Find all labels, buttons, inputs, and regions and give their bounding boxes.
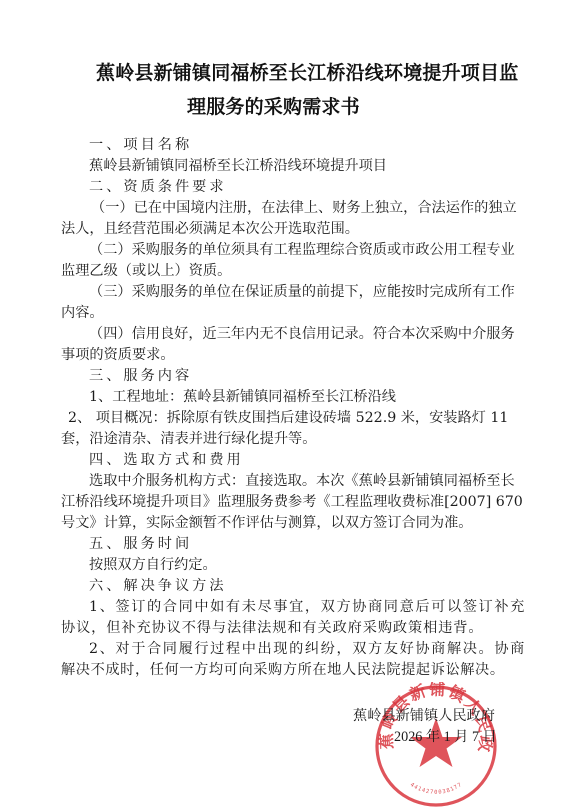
signature-date: 2026 年 1 月 7 日 — [394, 726, 497, 746]
qualification-item-4-line2: 事项的资质要求。 — [61, 346, 175, 364]
document-title-line1: 蕉岭县新铺镇同福桥至长江桥沿线环境提升项目监 — [96, 58, 518, 85]
service-address: 1、工程地址：蕉岭县新铺镇同福桥至长江桥沿线 — [89, 388, 396, 406]
qualification-item-3-line1: （三）采购服务的单位在保证质量的前提下，应能按时完成所有工作 — [89, 283, 515, 301]
section-heading-selection-fee: 四、选取方式和费用 — [89, 451, 244, 469]
svg-text:4414270038177: 4414270038177 — [409, 782, 464, 796]
service-overview-line2: 套，沿途清杂、清表并进行绿化提升等。 — [61, 430, 316, 448]
qualification-item-2-line1: （二）采购服务的单位须具有工程监理综合资质或市政公用工程专业 — [89, 241, 515, 259]
selection-method-line2: 江桥沿线环境提升项目》监理服务费参考《工程监理收费标准[2007] 670 — [61, 493, 523, 511]
service-overview-line1: 2、 项目概况：拆除原有铁皮围挡后建设砖墙 522.9 米，安装路灯 11 — [68, 409, 508, 427]
dispute-item-1-line2: 协议，但补充协议不得与法律法规和有关政府采购政策相违背。 — [61, 619, 483, 637]
qualification-item-1-line2: 法人，且经营范围必须满足本次公开选取范围。 — [61, 220, 359, 238]
selection-method-line1: 选取中介服务机构方式：直接选取。本次《蕉岭县新铺镇同福桥至长 — [89, 472, 515, 490]
document-title-line2: 理服务的采购需求书 — [187, 92, 360, 119]
qualification-item-4-line1: （四）信用良好，近三年内无不良信用记录。符合本次采购中介服务 — [89, 325, 515, 343]
dispute-item-1-line1: 1、签订的合同中如有未尽事宜，双方协商同意后可以签订补充 — [89, 598, 526, 616]
project-name-text: 蕉岭县新铺镇同福桥至长江桥沿线环境提升项目 — [89, 157, 387, 175]
dispute-item-2-line2: 解决不成时，任何一方均可向采购方所在地人民法院提起诉讼解决。 — [61, 661, 505, 679]
dispute-item-2-line1: 2、对于合同履行过程中出现的纠纷，双方友好协商解决。协商 — [89, 640, 526, 658]
section-heading-project-name: 一、项目名称 — [89, 136, 192, 154]
section-heading-qualifications: 二、资质条件要求 — [89, 178, 227, 196]
service-time-text: 按照双方自行约定。 — [89, 556, 217, 574]
section-heading-service-content: 三、服务内容 — [89, 367, 192, 385]
section-heading-dispute-resolution: 六、解决争议方法 — [89, 577, 227, 595]
qualification-item-3-line2: 内容。 — [61, 304, 104, 322]
qualification-item-2-line2: 监理乙级（或以上）资质。 — [61, 262, 231, 280]
qualification-item-1-line1: （一）已在中国境内注册，在法律上、财务上独立，合法运作的独立 — [91, 199, 517, 217]
signature-organization: 蕉岭县新铺镇人民政府 — [353, 705, 495, 725]
section-heading-service-time: 五、服务时间 — [89, 535, 192, 553]
document-page: 蕉岭县新铺镇同福桥至长江桥沿线环境提升项目监 理服务的采购需求书 一、项目名称 … — [0, 0, 562, 807]
selection-method-line3: 号文》计算，实际金额暂不作评估与测算，以双方签订合同为准。 — [61, 514, 472, 532]
